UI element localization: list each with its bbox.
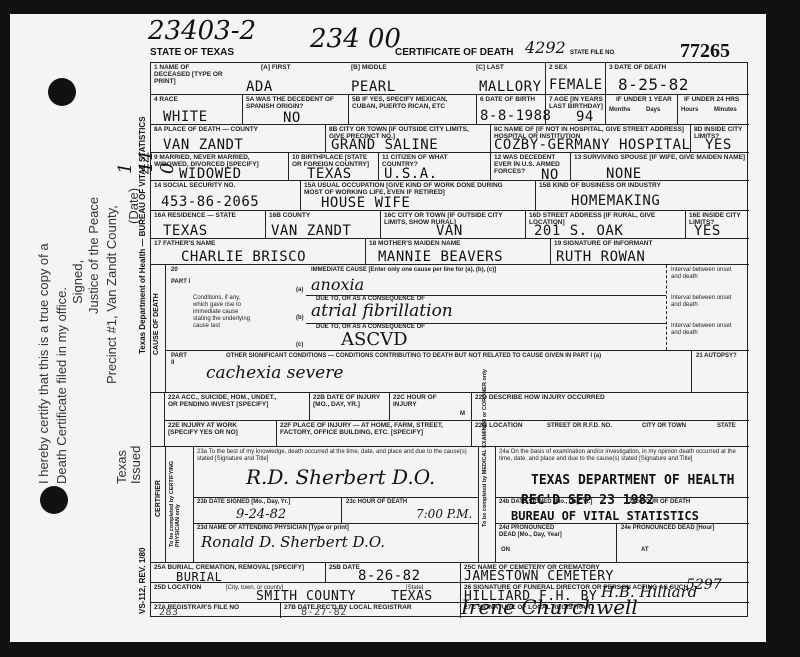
precinct-label: Precinct #1, Van Zandt County,: [104, 205, 119, 384]
justice-label: Justice of the Peace: [86, 197, 101, 314]
certificate-paper: I hereby certify that this is a true cop…: [10, 14, 766, 642]
residence-state-field: 16a RESIDENCE — STATE TEXAS: [151, 211, 266, 239]
industry-field: 15b KIND OF BUSINESS OR INDUSTRY HOMEMAK…: [536, 181, 749, 211]
date-of-birth-field: 6 DATE OF BIRTH 8-8-1988: [477, 95, 546, 125]
disposition-location-field: 25d LOCATION [City, town, or county] [St…: [151, 583, 461, 603]
under-year-field: IF UNDER 1 YEAR Months Days: [606, 95, 678, 125]
injury-description-field: 22d DESCRIBE HOW INJURY OCCURRED: [472, 393, 749, 421]
received-stamp-line-1: TEXAS DEPARTMENT OF HEALTH: [531, 473, 735, 488]
cause-a: anoxia: [311, 275, 364, 294]
disposition-method-field: 25a BURIAL, CREMATION, REMOVAL [Specify]…: [151, 563, 326, 583]
certify-line-2: Death Certificate filed in my office.: [54, 287, 69, 484]
cause-of-death-section: CAUSE OF DEATH 20 PART I Conditions, if …: [151, 265, 749, 393]
registrar-file-field: 27a REGISTRAR'S FILE NO 283: [151, 603, 281, 618]
injury-date-field: 22b DATE OF INJURY [Mo., Day, Yr.]: [310, 393, 390, 421]
citizen-field: 11 CITIZEN OF WHAT COUNTRY? U.S.A.: [379, 153, 491, 181]
mother-field: 18 MOTHER'S MAIDEN NAME MANNIE BEAVERS: [366, 239, 551, 265]
form-code: VS-112, REV. 1/80: [138, 548, 147, 614]
registrar-date-field: 27b DATE REC'D BY LOCAL REGISTRAR 8-27-8…: [281, 603, 461, 618]
birthplace-field: 10 BIRTHPLACE [State or foreign country]…: [289, 153, 379, 181]
under-day-field: IF UNDER 24 HRS Hours Minutes: [678, 95, 749, 125]
bureau-vertical-label: Texas Department of Health — BUREAU OF V…: [138, 116, 147, 354]
issued-label: Issued: [128, 446, 143, 484]
father-field: 17 FATHER'S NAME CHARLIE BRISCO: [151, 239, 366, 265]
handwritten-number-2: 234 00: [310, 24, 401, 54]
spouse-field: 13 SURVIVING SPOUSE [If wife, give maide…: [571, 153, 749, 181]
age-field: 7 AGE [In years last birthday] 94: [546, 95, 606, 125]
state-file-number: 77265: [680, 40, 730, 63]
last-name: MALLORY: [479, 79, 542, 95]
injury-hour-field: 22c HOUR OF INJURY M: [390, 393, 472, 421]
death-certificate-form: 1 NAME OF DECEASED [Type or print] [a] F…: [150, 62, 748, 617]
handwritten-ref: 4292: [525, 38, 566, 57]
cause-c: ASCVD: [341, 329, 408, 350]
ssn-field: 14 SOCIAL SECURITY NO. 453-86-2065: [151, 181, 301, 211]
occupation-field: 15a USUAL OCCUPATION [Give kind of work …: [301, 181, 536, 211]
residence-city-field: 16c CITY OR TOWN [If outside city limits…: [381, 211, 526, 239]
death-city-field: 8b CITY OR TOWN [If outside city limits,…: [326, 125, 491, 153]
hispanic-specify-field: 5b IF YES, SPECIFY MEXICAN, CUBAN, PUERT…: [349, 95, 477, 125]
name-field: 1 NAME OF DECEASED [Type or print] [a] F…: [151, 63, 546, 95]
state-file-label: STATE FILE NO: [570, 50, 614, 56]
registrar-signature-field: 27c SIGNATURE OF LOCAL REGISTRAR Irene C…: [461, 603, 749, 618]
manner-field: 22a ACC., SUICIDE, HOM., UNDET., OR PEND…: [165, 393, 310, 421]
residence-county-field: 16b COUNTY VAN ZANDT: [266, 211, 381, 239]
signed-label: Signed,: [70, 260, 85, 304]
certifier-signature: R.D. Sherbert D.O.: [246, 465, 435, 489]
armed-forces-field: 12 WAS DECEDENT EVER IN U.S. ARMED FORCE…: [491, 153, 571, 181]
marital-field: 9 MARRIED, NEVER MARRIED, WIDOWED, DIVOR…: [151, 153, 289, 181]
residence-street-field: 16d STREET ADDRESS [If rural, give locat…: [526, 211, 686, 239]
injury-location-field: 22g LOCATION STREET OR R.F.D. NO. CITY O…: [472, 421, 749, 447]
certifier-section: CERTIFIER To be completed by CERTIFYING …: [151, 447, 749, 563]
received-stamp-line-3: BUREAU OF VITAL STATISTICS: [511, 509, 699, 523]
first-name: ADA: [246, 79, 273, 95]
handwritten-number-1: 23403-2: [148, 16, 256, 46]
spanish-origin-field: 5a WAS THE DECEDENT OF SPANISH ORIGIN? N…: [243, 95, 349, 125]
hospital-field: 8c NAME OF [If not in hospital, give str…: [491, 125, 691, 153]
state-heading: STATE OF TEXAS: [150, 47, 234, 58]
informant-field: 19 SIGNATURE OF INFORMANT RUTH ROWAN: [551, 239, 749, 265]
attending-physician: Ronald D. Sherbert D.O.: [201, 533, 385, 551]
injury-place-field: 22f PLACE OF INJURY — At home, farm, str…: [277, 421, 472, 447]
punch-hole-top: [48, 78, 76, 106]
race-field: 4 RACE WHITE: [151, 95, 243, 125]
texas-label: Texas: [114, 450, 129, 484]
disposition-date-field: 25b DATE 8-26-82: [326, 563, 461, 583]
punch-hole-bottom: [40, 486, 68, 514]
sex-field: 2 SEX FEMALE: [546, 63, 606, 95]
cause-b: atrial fibrillation: [311, 301, 453, 321]
death-county-field: 8a PLACE OF DEATH — COUNTY VAN ZANDT: [151, 125, 326, 153]
hour-of-death: 7:00 P.M.: [416, 507, 472, 521]
injury-at-work-field: 22e INJURY AT WORK [Specify yes or no]: [165, 421, 277, 447]
middle-name: PEARL: [351, 79, 396, 95]
inside-city-16e-field: 16e INSIDE CITY LIMITS? YES: [686, 211, 749, 239]
inside-city-8d-field: 8d INSIDE CITY LIMITS? YES: [691, 125, 749, 153]
certificate-title: CERTIFICATE OF DEATH: [395, 47, 514, 58]
date-signed: 9-24-82: [236, 507, 286, 522]
left-margin: I hereby certify that this is a true cop…: [10, 14, 150, 642]
registrar-signature: Irene Churchwell: [461, 595, 638, 619]
date-of-death-field: 3 DATE OF DEATH 8-25-82: [606, 63, 749, 95]
certify-line-1: I hereby certify that this is a true cop…: [36, 243, 51, 484]
other-conditions: cachexia severe: [206, 363, 343, 383]
